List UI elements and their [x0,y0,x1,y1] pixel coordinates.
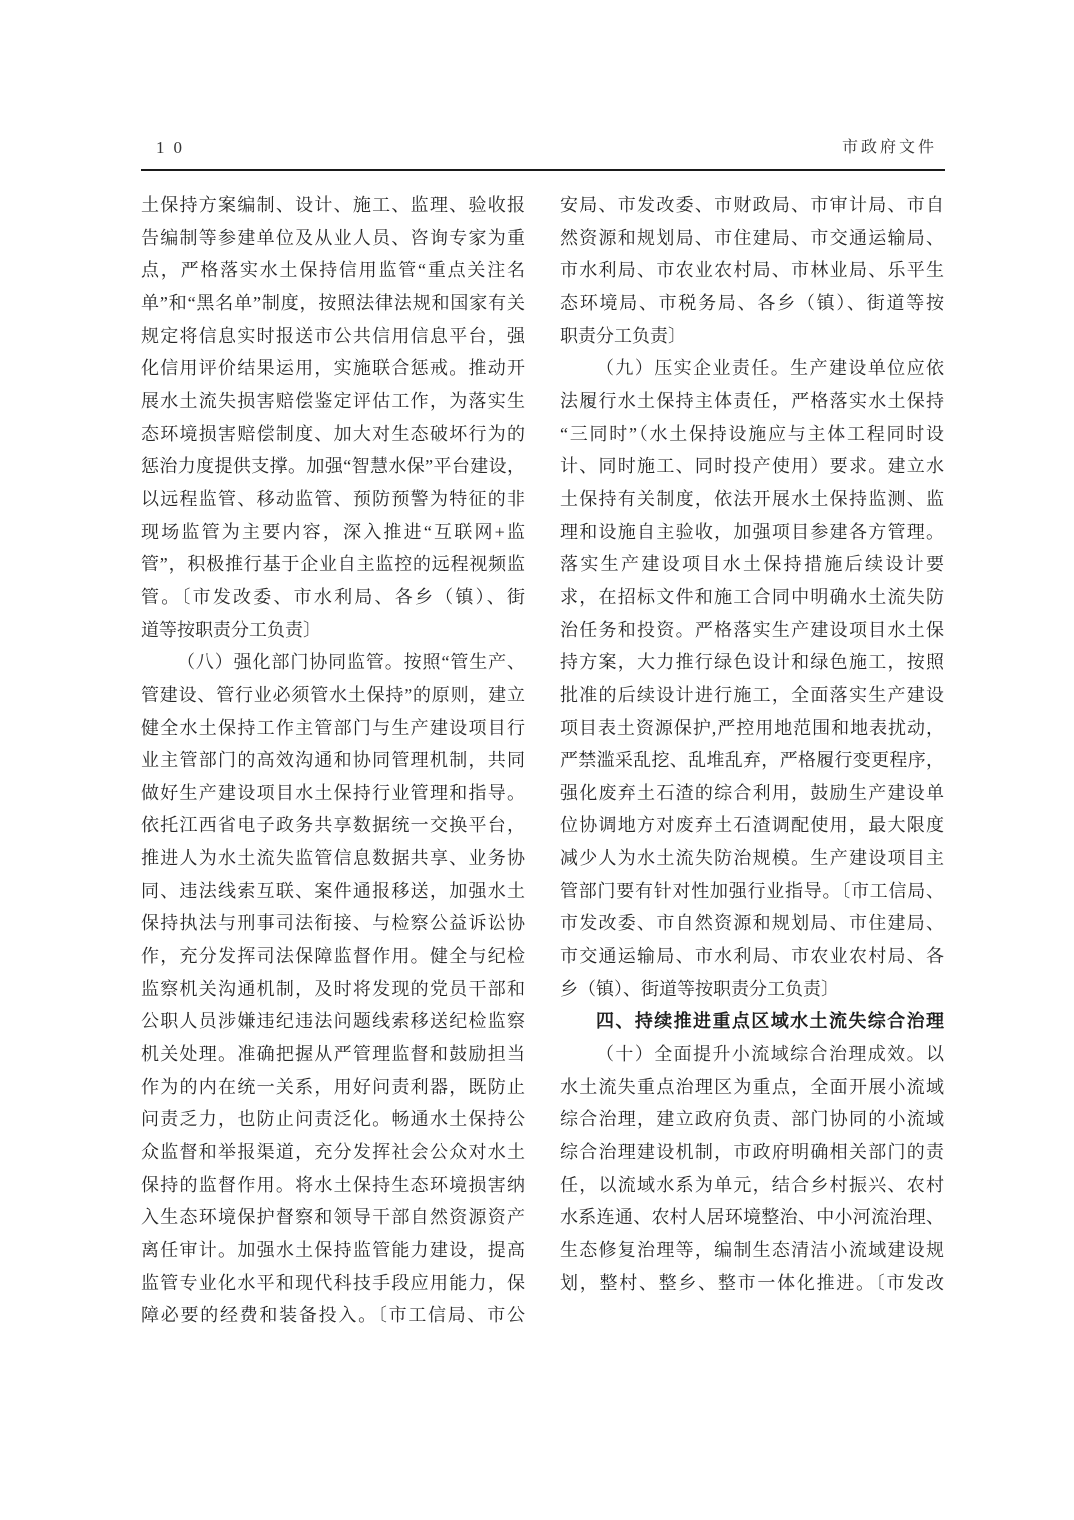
line-text: 以 [926,1044,944,1064]
text-line: 保持执法与刑事司法衔接、与检察公益诉讼协 [141,907,525,940]
page-number: 10 [156,138,191,158]
line-text: 综合治理，建立政府负责、部门协同的小流域 [560,1109,944,1129]
text-line: 公职人员涉嫌违纪违法问题线索移送纪检监察 [141,1005,525,1038]
paragraph-heading-kai: （八）强化部门协同监管。 [177,652,404,672]
text-line: 离任审计。加强水土保持监管能力建设，提高 [141,1234,525,1267]
line-text: 水土流失重点治理区为重点，全面开展小流域 [560,1077,944,1097]
line-text: 道等按职责分工负责〕 [141,620,321,640]
text-line: 同、违法线索互联、案件通报移送，加强水土 [141,875,525,908]
line-text: 公职人员涉嫌违纪违法问题线索移送纪检监察 [141,1011,525,1031]
text-line: 以远程监管、移动监管、预防预警为特征的非 [141,483,525,516]
text-line: 众监督和举报渠道，充分发挥社会公众对水土 [141,1136,525,1169]
line-text: 管”，积极推行基于企业自主监控的远程视频监 [141,554,525,574]
line-text: 安局、市发改委、市财政局、市审计局、市自 [560,195,944,215]
text-column-right: 安局、市发改委、市财政局、市审计局、市自然资源和规划局、市住建局、市交通运输局、… [560,189,944,1299]
line-text: 众监督和举报渠道，充分发挥社会公众对水土 [141,1142,525,1162]
paragraph-heading-kai: （九）压实企业责任。 [596,358,790,378]
text-line: （九）压实企业责任。生产建设单位应依 [560,352,944,385]
text-line: 落实生产建设项目水土保持措施后续设计要 [560,548,944,581]
line-text: 管建设、管行业必须管水土保持”的原则，建立 [141,685,525,705]
text-line: 道等按职责分工负责〕 [141,614,525,647]
text-line: 严禁滥采乱挖、乱堆乱弃，严格履行变更程序， [560,744,944,777]
text-line: 生态修复治理等，编制生态清洁小流域建设规 [560,1234,944,1267]
line-text: 保持的监督作用。将水土保持生态环境损害纳 [141,1175,525,1195]
text-line: 综合治理建设机制，市政府明确相关部门的责 [560,1136,944,1169]
line-text: 作，充分发挥司法保障监督作用。健全与纪检 [141,946,525,966]
text-line: 推进人为水土流失监管信息数据共享、业务协 [141,842,525,875]
line-text: 问责乏力，也防止问责泛化。畅通水土保持公 [141,1109,525,1129]
line-text: 机关处理。准确把握从严管理监督和鼓励担当 [141,1044,525,1064]
text-line: 土保持方案编制、设计、施工、监理、验收报 [141,189,525,222]
line-text: 然资源和规划局、市住建局、市交通运输局、 [560,228,944,248]
line-text: 按照“管生产、 [404,652,525,672]
text-line: 监察机关沟通机制，及时将发现的党员干部和 [141,973,525,1006]
text-line: 批准的后续设计进行施工，全面落实生产建设 [560,679,944,712]
text-line: 化信用评价结果运用，实施联合惩戒。推动开 [141,352,525,385]
line-text: 减少人为水土流失防治规模。生产建设项目主 [560,848,944,868]
text-line: 市交通运输局、市水利局、市农业农村局、各 [560,940,944,973]
line-text: 同、违法线索互联、案件通报移送，加强水土 [141,881,525,901]
line-text: 理和设施自主验收，加强项目参建各方管理。 [560,522,944,542]
text-line: 入生态环境保护督察和领导干部自然资源资产 [141,1201,525,1234]
line-text: 土保持有关制度，依法开展水土保持监测、监 [560,489,944,509]
text-line: 综合治理，建立政府负责、部门协同的小流域 [560,1103,944,1136]
text-column-left: 土保持方案编制、设计、施工、监理、验收报告编制等参建单位及从业人员、咨询专家为重… [141,189,525,1332]
line-text: “三同时”（水土保持设施应与主体工程同时设 [560,424,944,444]
line-text: 业主管部门的高效沟通和协同管理机制，共同 [141,750,525,770]
text-line: 减少人为水土流失防治规模。生产建设项目主 [560,842,944,875]
line-text: 市发改委、市自然资源和规划局、市住建局、 [560,913,944,933]
text-line: 单”和“黑名单”制度，按照法律法规和国家有关 [141,287,525,320]
line-text: 态环境损害赔偿制度、加大对生态破坏行为的 [141,424,525,444]
line-text: 现场监管为主要内容，深入推进“互联网+监 [141,522,525,542]
text-line: 机关处理。准确把握从严管理监督和鼓励担当 [141,1038,525,1071]
text-line: 展水土流失损害赔偿鉴定评估工作，为落实生 [141,385,525,418]
text-line: 任，以流域水系为单元，结合乡村振兴、农村 [560,1169,944,1202]
text-line: 惩治力度提供支撑。加强“智慧水保”平台建设， [141,450,525,483]
text-line: 依托江西省电子政务共享数据统一交换平台， [141,809,525,842]
text-line: 态环境局、市税务局、各乡（镇）、街道等按 [560,287,944,320]
line-text: 化信用评价结果运用，实施联合惩戒。推动开 [141,358,525,378]
line-text: 法履行水土保持主体责任，严格落实水土保持 [560,391,944,411]
text-line: 划，整村、整乡、整市一体化推进。〔市发改 [560,1267,944,1300]
line-text: 落实生产建设项目水土保持措施后续设计要 [560,554,944,574]
text-line: 职责分工负责〕 [560,320,944,353]
text-line: 土保持有关制度，依法开展水土保持监测、监 [560,483,944,516]
line-text: 推进人为水土流失监管信息数据共享、业务协 [141,848,525,868]
section-heading-line: 四、持续推进重点区域水土流失综合治理 [560,1005,944,1038]
line-text: 职责分工负责〕 [560,326,686,346]
line-text: 作为的内在统一关系，用好问责利器，既防止 [141,1077,525,1097]
text-line: （十）全面提升小流域综合治理成效。以 [560,1038,944,1071]
text-line: 安局、市发改委、市财政局、市审计局、市自 [560,189,944,222]
line-text: 治任务和投资。严格落实生产建设项目水土保 [560,620,944,640]
line-text: 告编制等参建单位及从业人员、咨询专家为重 [141,228,525,248]
line-text: 展水土流失损害赔偿鉴定评估工作，为落实生 [141,391,525,411]
line-text: 四、持续推进重点区域水土流失综合治理 [596,1011,944,1031]
line-text: 保持执法与刑事司法衔接、与检察公益诉讼协 [141,913,525,933]
text-line: 法履行水土保持主体责任，严格落实水土保持 [560,385,944,418]
line-text: 严禁滥采乱挖、乱堆乱弃，严格履行变更程序， [560,750,944,770]
text-line: 态环境损害赔偿制度、加大对生态破坏行为的 [141,418,525,451]
line-text: 求，在招标文件和施工合同中明确水土流失防 [560,587,944,607]
line-text: 单”和“黑名单”制度，按照法律法规和国家有关 [141,293,525,313]
text-line: 项目表土资源保护,严控用地范围和地表扰动， [560,712,944,745]
line-text: 土保持方案编制、设计、施工、监理、验收报 [141,195,525,215]
line-text: 市水利局、市农业农村局、市林业局、乐平生 [560,260,944,280]
line-text: 任，以流域水系为单元，结合乡村振兴、农村 [560,1175,944,1195]
line-text: 强化废弃土石渣的综合利用，鼓励生产建设单 [560,783,944,803]
text-line: 健全水土保持工作主管部门与生产建设项目行 [141,712,525,745]
text-line: 业主管部门的高效沟通和协同管理机制，共同 [141,744,525,777]
text-line: 市发改委、市自然资源和规划局、市住建局、 [560,907,944,940]
line-text: 乡（镇）、街道等按职责分工负责〕 [560,979,839,999]
line-text: 管。〔市发改委、市水利局、各乡（镇）、街 [141,587,525,607]
text-line: 做好生产建设项目水土保持行业管理和指导。 [141,777,525,810]
line-text: 点，严格落实水土保持信用监管“重点关注名 [141,260,525,280]
text-line: 位协调地方对废弃土石渣调配使用，最大限度 [560,809,944,842]
line-text: 入生态环境保护督察和领导干部自然资源资产 [141,1207,525,1227]
line-text: 规定将信息实时报送市公共信用信息平台，强 [141,326,525,346]
text-line: 障必要的经费和装备投入。〔市工信局、市公 [141,1299,525,1332]
text-line: 现场监管为主要内容，深入推进“互联网+监 [141,516,525,549]
text-line: 强化废弃土石渣的综合利用，鼓励生产建设单 [560,777,944,810]
text-line: 管部门要有针对性加强行业指导。〔市工信局、 [560,875,944,908]
line-text: 做好生产建设项目水土保持行业管理和指导。 [141,783,525,803]
text-line: 监管专业化水平和现代科技手段应用能力，保 [141,1267,525,1300]
line-text: 管部门要有针对性加强行业指导。〔市工信局、 [560,881,944,901]
text-line: （八）强化部门协同监管。按照“管生产、 [141,646,525,679]
line-text: 态环境局、市税务局、各乡（镇）、街道等按 [560,293,944,313]
line-text: 项目表土资源保护,严控用地范围和地表扰动， [560,718,944,738]
text-line: 保持的监督作用。将水土保持生态环境损害纳 [141,1169,525,1202]
line-text: 批准的后续设计进行施工，全面落实生产建设 [560,685,944,705]
text-line: 作为的内在统一关系，用好问责利器，既防止 [141,1071,525,1104]
line-text: 生态修复治理等，编制生态清洁小流域建设规 [560,1240,944,1260]
text-line: 问责乏力，也防止问责泛化。畅通水土保持公 [141,1103,525,1136]
line-text: 监管专业化水平和现代科技手段应用能力，保 [141,1273,525,1293]
line-text: 障必要的经费和装备投入。〔市工信局、市公 [141,1305,525,1325]
line-text: 依托江西省电子政务共享数据统一交换平台， [141,815,525,835]
text-line: 持方案，大力推行绿色设计和绿色施工，按照 [560,646,944,679]
line-text: 健全水土保持工作主管部门与生产建设项目行 [141,718,525,738]
line-text: 计、同时施工、同时投产使用）要求。建立水 [560,456,944,476]
line-text: 持方案，大力推行绿色设计和绿色施工，按照 [560,652,944,672]
line-text: 市交通运输局、市水利局、市农业农村局、各 [560,946,944,966]
text-line: 管建设、管行业必须管水土保持”的原则，建立 [141,679,525,712]
line-text: 以远程监管、移动监管、预防预警为特征的非 [141,489,525,509]
paragraph-heading-kai: （十）全面提升小流域综合治理成效。 [596,1044,926,1064]
text-line: 计、同时施工、同时投产使用）要求。建立水 [560,450,944,483]
line-text: 水系连通、农村人居环境整治、中小河流治理、 [560,1207,944,1227]
line-text: 惩治力度提供支撑。加强“智慧水保”平台建设， [141,456,525,476]
line-text: 位协调地方对废弃土石渣调配使用，最大限度 [560,815,944,835]
header-rule [141,169,945,171]
text-line: 乡（镇）、街道等按职责分工负责〕 [560,973,944,1006]
text-line: 告编制等参建单位及从业人员、咨询专家为重 [141,222,525,255]
text-line: 点，严格落实水土保持信用监管“重点关注名 [141,254,525,287]
text-line: 水系连通、农村人居环境整治、中小河流治理、 [560,1201,944,1234]
text-line: 治任务和投资。严格落实生产建设项目水土保 [560,614,944,647]
line-text: 离任审计。加强水土保持监管能力建设，提高 [141,1240,525,1260]
line-text: 监察机关沟通机制，及时将发现的党员干部和 [141,979,525,999]
line-text: 生产建设单位应依 [790,358,944,378]
header-doc-label: 市政府文件 [842,134,937,157]
text-line: 理和设施自主验收，加强项目参建各方管理。 [560,516,944,549]
text-line: 然资源和规划局、市住建局、市交通运输局、 [560,222,944,255]
text-line: 水土流失重点治理区为重点，全面开展小流域 [560,1071,944,1104]
line-text: 综合治理建设机制，市政府明确相关部门的责 [560,1142,944,1162]
text-line: “三同时”（水土保持设施应与主体工程同时设 [560,418,944,451]
text-line: 市水利局、市农业农村局、市林业局、乐平生 [560,254,944,287]
text-line: 管”，积极推行基于企业自主监控的远程视频监 [141,548,525,581]
line-text: 划，整村、整乡、整市一体化推进。〔市发改 [560,1273,944,1293]
text-line: 求，在招标文件和施工合同中明确水土流失防 [560,581,944,614]
text-line: 管。〔市发改委、市水利局、各乡（镇）、街 [141,581,525,614]
text-line: 作，充分发挥司法保障监督作用。健全与纪检 [141,940,525,973]
document-page: 10 市政府文件 土保持方案编制、设计、施工、监理、验收报告编制等参建单位及从业… [0,0,1074,1520]
text-line: 规定将信息实时报送市公共信用信息平台，强 [141,320,525,353]
